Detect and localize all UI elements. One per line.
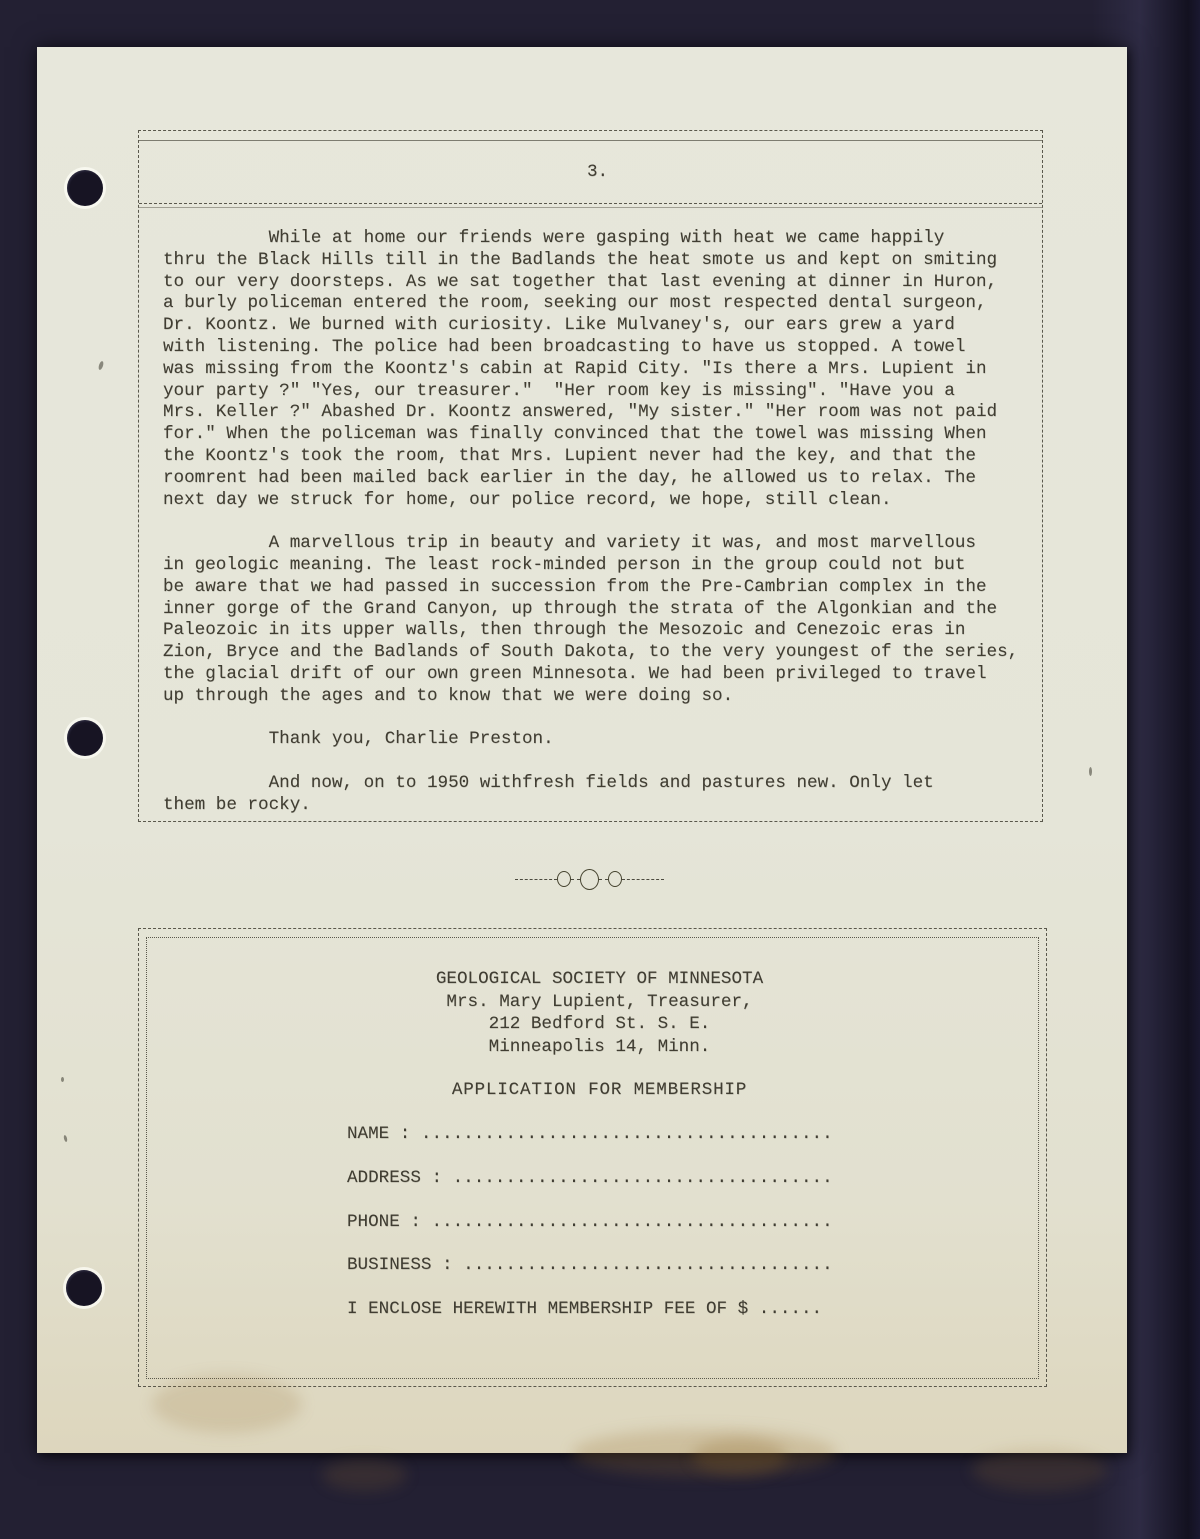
divider-small-circle-icon — [557, 871, 571, 887]
divider-dash — [599, 879, 608, 880]
phone-field-line: PHONE : ................................… — [347, 1211, 1038, 1233]
closing-lines: And now, on to 1950 withfresh fields and… — [139, 773, 1042, 817]
page-number: 3. — [573, 162, 608, 182]
paper-stain — [152, 1375, 302, 1433]
punch-hole-bottom — [66, 1270, 102, 1306]
divider-dash — [515, 879, 557, 880]
form-address-block: GEOLOGICAL SOCIETY OF MINNESOTA Mrs. Mar… — [147, 968, 1038, 1058]
story-paragraph-1: While at home our friends were gasping w… — [139, 208, 1042, 511]
paper-stain — [692, 1439, 787, 1475]
street-line: 212 Bedford St. S. E. — [161, 1013, 1038, 1036]
ink-speck — [1089, 767, 1092, 776]
punch-hole-middle — [67, 720, 103, 756]
ink-speck — [61, 1077, 64, 1082]
ink-speck — [98, 361, 105, 371]
org-name: GEOLOGICAL SOCIETY OF MINNESOTA — [161, 968, 1038, 991]
business-field-line: BUSINESS : .............................… — [347, 1254, 1038, 1276]
typed-text-panel: 3. While at home our friends were gaspin… — [138, 130, 1043, 822]
fee-line: I ENCLOSE HEREWITH MEMBERSHIP FEE OF $ .… — [347, 1298, 1038, 1320]
form-title: APPLICATION FOR MEMBERSHIP — [147, 1080, 1038, 1100]
ink-speck — [63, 1135, 68, 1143]
punch-hole-top — [67, 170, 103, 206]
document-page: 3. While at home our friends were gaspin… — [37, 47, 1127, 1453]
address-field-line: ADDRESS : ..............................… — [347, 1167, 1038, 1189]
divider-large-circle-icon — [580, 869, 599, 890]
membership-form-panel: GEOLOGICAL SOCIETY OF MINNESOTA Mrs. Mar… — [138, 928, 1047, 1387]
form-fields: NAME : .................................… — [147, 1123, 1038, 1320]
thanks-line: Thank you, Charlie Preston. — [139, 729, 1042, 751]
page-number-row: 3. — [139, 141, 1042, 203]
treasurer-line: Mrs. Mary Lupient, Treasurer, — [161, 991, 1038, 1014]
paper-stain — [972, 1449, 1107, 1491]
membership-form-inner-border: GEOLOGICAL SOCIETY OF MINNESOTA Mrs. Mar… — [146, 937, 1039, 1379]
story-paragraph-2: A marvellous trip in beauty and variety … — [139, 533, 1042, 707]
section-divider three-circles-divider-icon — [515, 869, 665, 889]
divider-small-circle-icon — [608, 871, 622, 887]
city-line: Minneapolis 14, Minn. — [161, 1036, 1038, 1059]
divider-dash — [622, 879, 664, 880]
paper-stain — [322, 1459, 407, 1491]
panel-inner-topline — [139, 131, 1042, 141]
name-field-line: NAME : .................................… — [347, 1123, 1038, 1145]
divider-dash — [571, 879, 580, 880]
